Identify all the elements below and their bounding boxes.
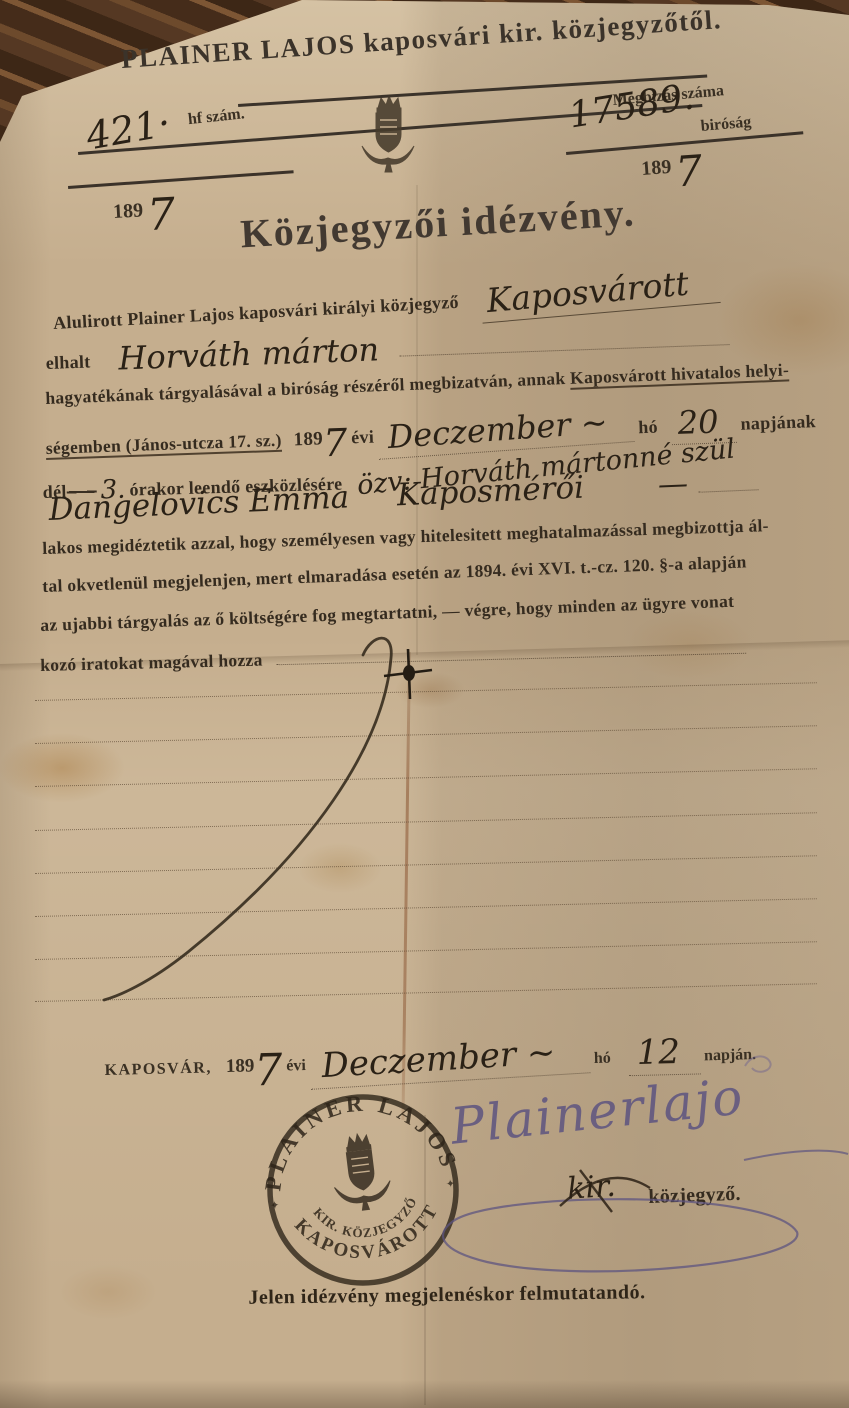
photographed-notary-document: PLAINER LAJOS kaposvári kir. közjegyzőtő… — [0, 0, 849, 1408]
dateline-month-hand: Deczember ~ — [309, 1030, 591, 1090]
dateline-year-hand: 7 — [254, 1045, 283, 1097]
signature-title-printed: közjegyző. — [648, 1183, 741, 1209]
blank-line — [399, 342, 729, 357]
blank-line — [698, 487, 758, 493]
hand-dash: — — [657, 466, 686, 502]
file-number-year: 189 7 — [112, 189, 177, 243]
vertical-fold-lower — [424, 1115, 426, 1405]
signature-kir-hand: kir. — [566, 1169, 617, 1207]
file-number-label: hf szám. — [187, 105, 245, 128]
dateline-day-hand: 12 — [628, 1031, 700, 1076]
